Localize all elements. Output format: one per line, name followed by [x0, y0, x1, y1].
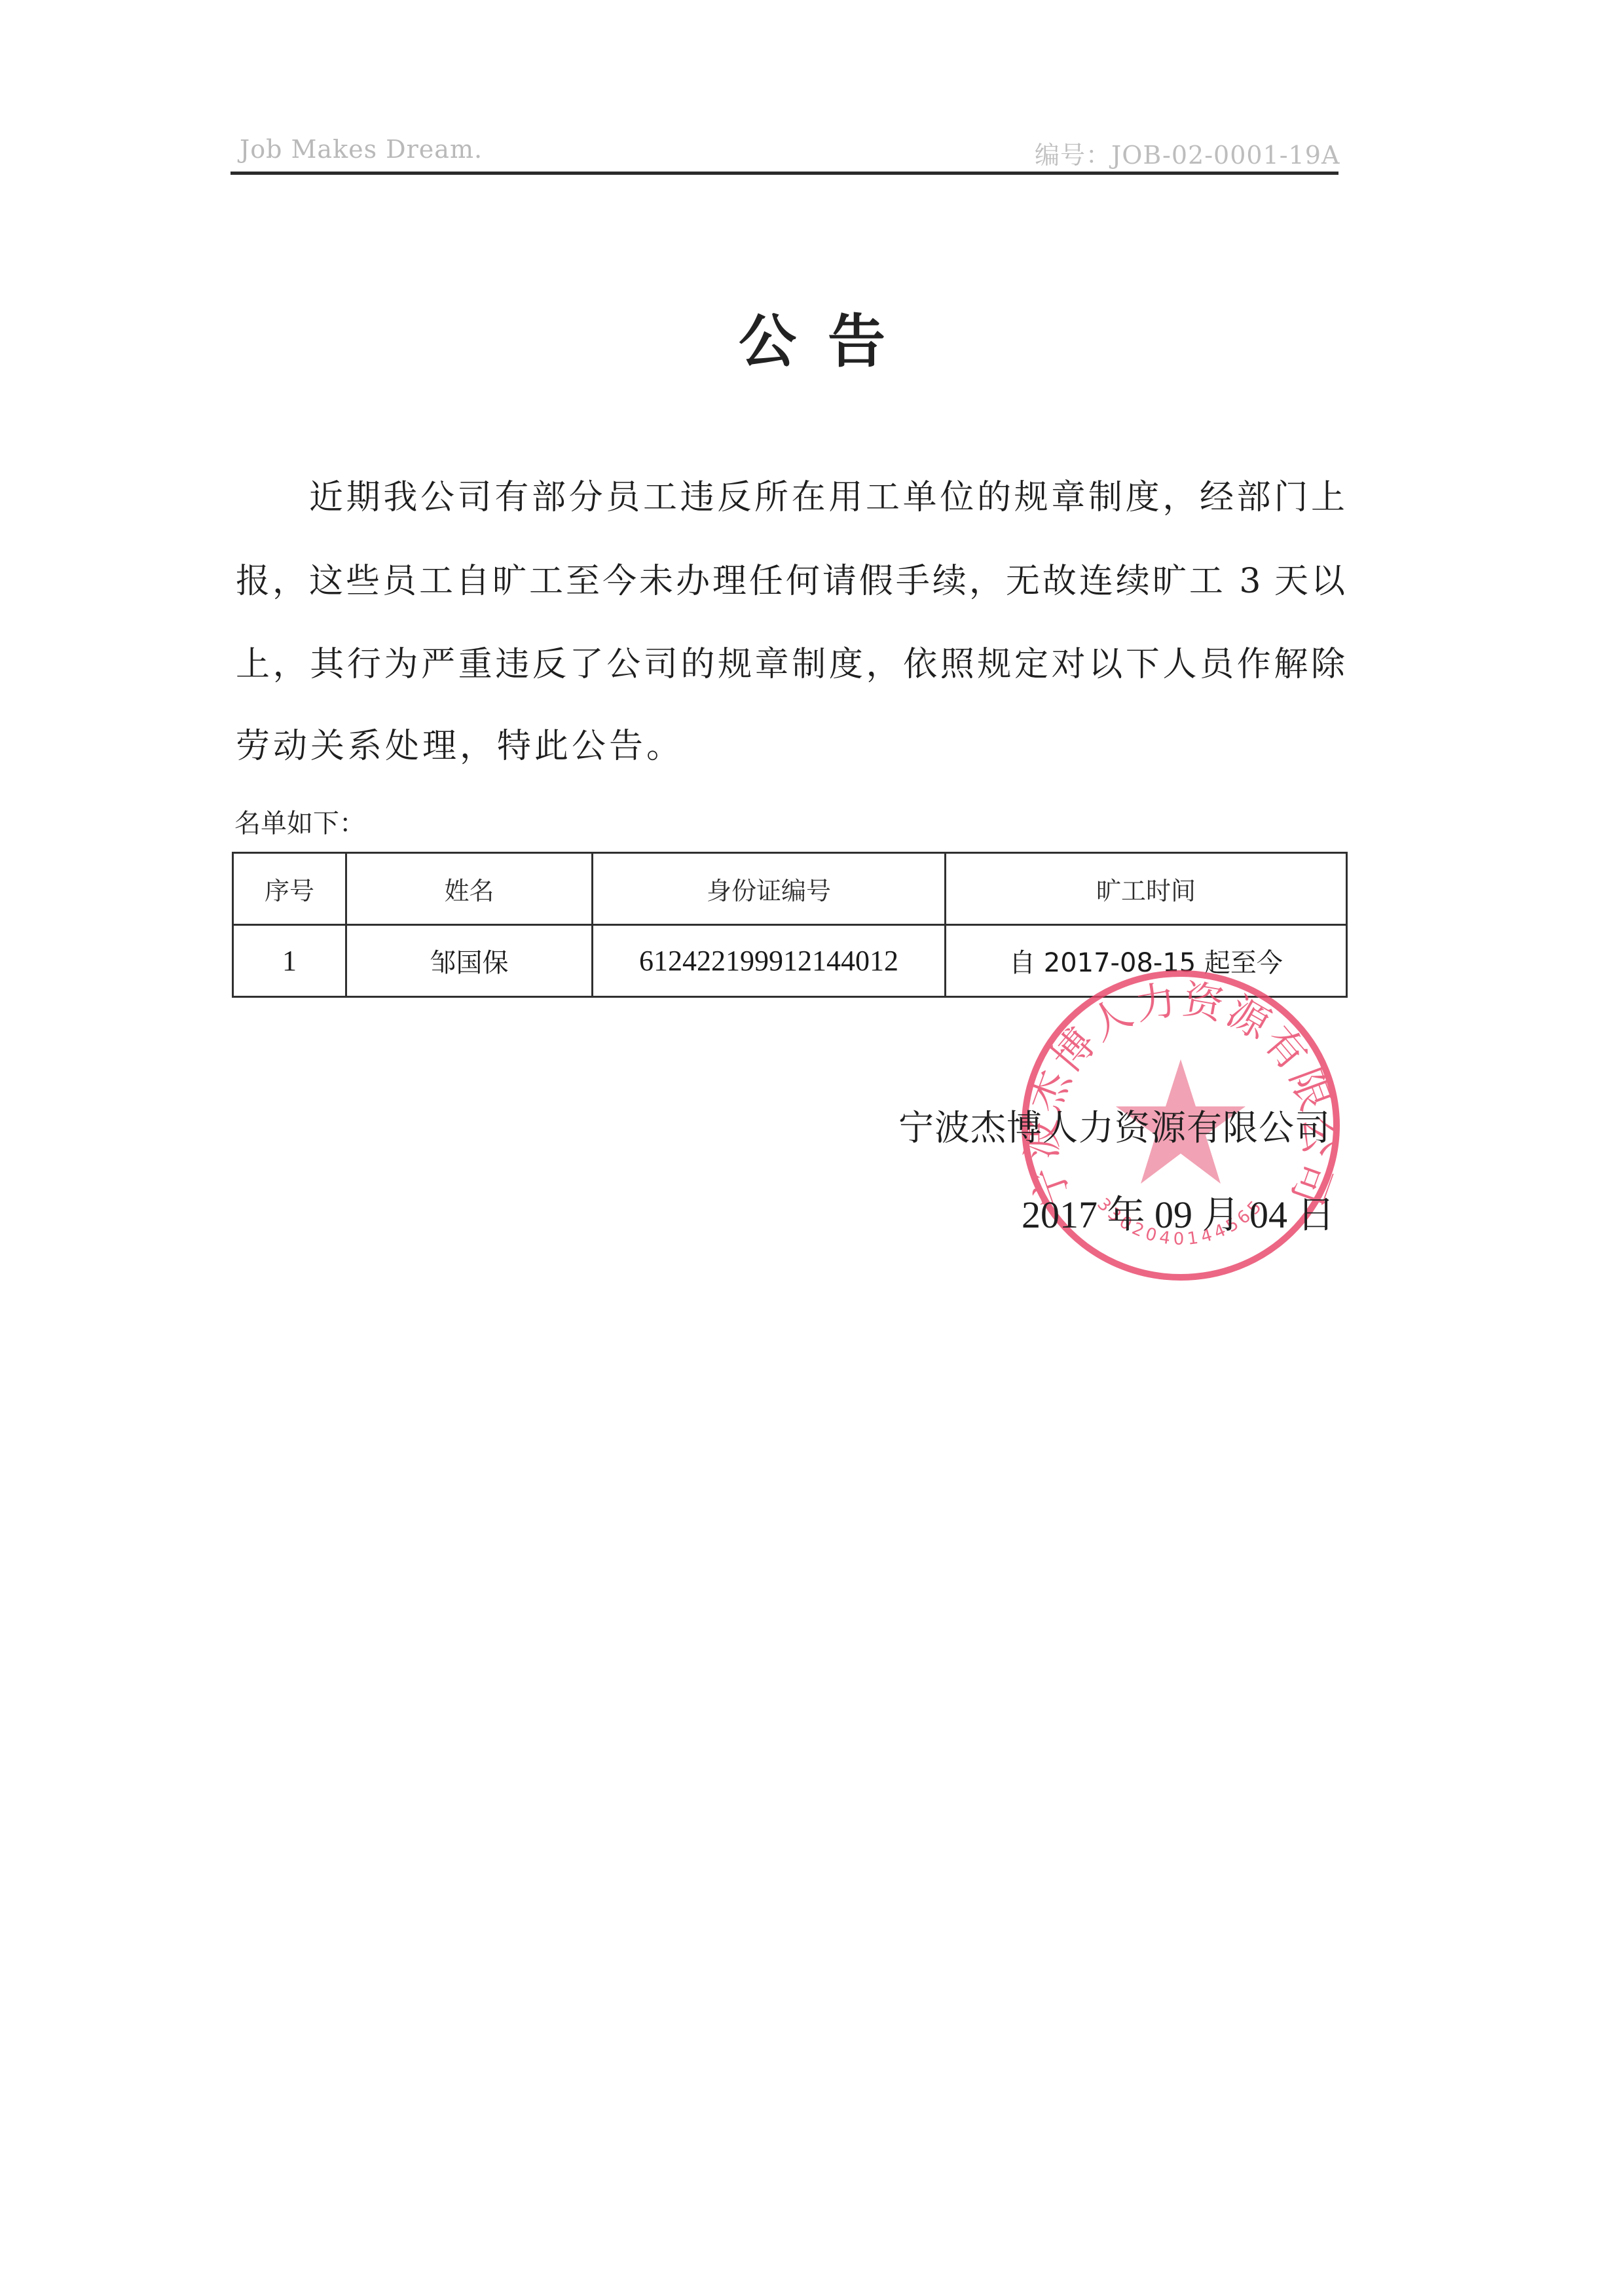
document-number: 编号：JOB-02-0001-19A: [1035, 135, 1328, 171]
column-header-absence-period: 旷工时间: [946, 853, 1347, 925]
column-header-index: 序号: [233, 853, 346, 925]
column-header-id-number: 身份证编号: [593, 853, 946, 925]
cell-name: 邹国保: [346, 925, 593, 997]
page-title: 公告: [707, 296, 864, 378]
body-paragraph-line-3: 上，其行为严重违反了公司的规章制度，依照规定对以下人员作解除: [236, 644, 1345, 685]
table-header-row: 序号 姓名 身份证编号 旷工时间: [233, 853, 1347, 925]
list-label: 名单如下：: [234, 803, 365, 840]
header-divider: [231, 172, 1338, 175]
cell-id-number: 612422199912144012: [593, 925, 946, 997]
body-paragraph-line-1: 近期我公司有部分员工违反所在用工单位的规章制度，经部门上: [309, 477, 1345, 519]
header-slogan: Job Makes Dream.: [240, 135, 483, 164]
cell-index: 1: [233, 925, 346, 997]
signature-date: 2017 年 09 月 04 日: [1022, 1184, 1331, 1239]
signature-company: 宁波杰博人力资源有限公司: [888, 1100, 1331, 1150]
column-header-name: 姓名: [346, 853, 593, 925]
body-paragraph-line-2: 报，这些员工自旷工至今未办理任何请假手续，无故连续旷工 3 天以: [236, 560, 1345, 602]
body-paragraph-line-4: 劳动关系处理，特此公告。: [236, 725, 1345, 767]
